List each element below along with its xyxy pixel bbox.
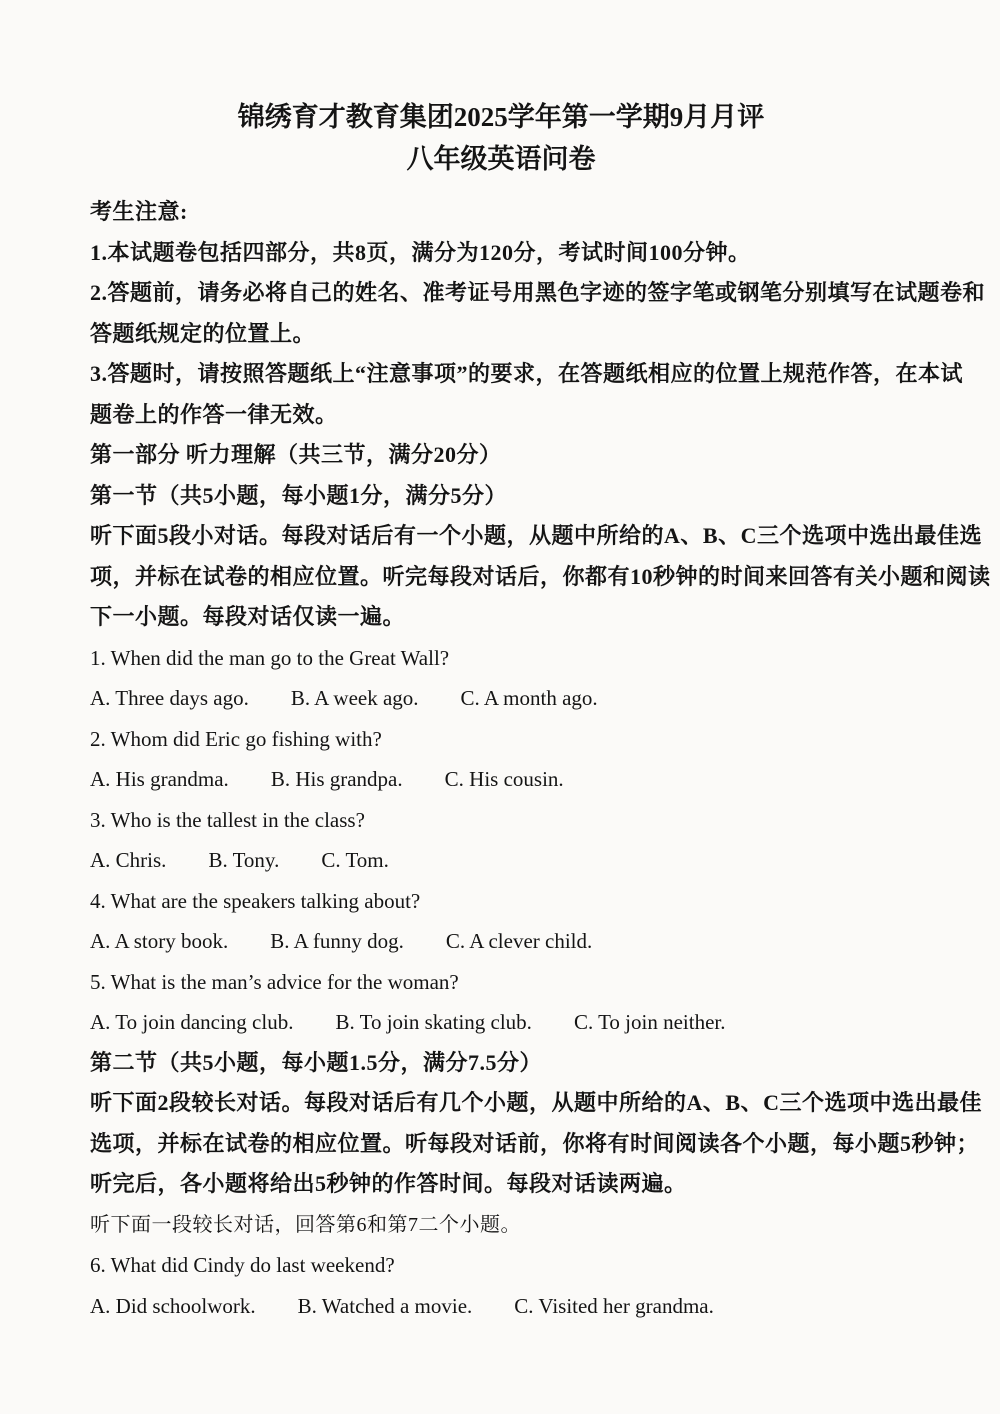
option: A. His grandma. bbox=[90, 759, 229, 800]
part1-header: 第一部分 听力理解（共三节，满分20分） bbox=[90, 435, 912, 476]
option: A. Did schoolwork. bbox=[90, 1286, 256, 1327]
question-4: 4. What are the speakers talking about? bbox=[90, 881, 912, 922]
section1-instructions-line-1: 听下面5段小对话。每段对话后有一个小题，从题中所给的A、B、C三个选项中选出最佳… bbox=[90, 516, 912, 557]
options-3: A. Chris.B. Tony.C. Tom. bbox=[90, 840, 912, 881]
options-1: A. Three days ago.B. A week ago.C. A mon… bbox=[90, 678, 912, 719]
page-title: 锦绣育才教育集团2025学年第一学期9月月评 bbox=[90, 96, 912, 138]
options-5: A. To join dancing club.B. To join skati… bbox=[90, 1002, 912, 1043]
notice-heading: 考生注意: bbox=[90, 192, 912, 233]
page-subtitle: 八年级英语问卷 bbox=[90, 138, 912, 180]
option: B. Tony. bbox=[208, 840, 279, 881]
option: A. A story book. bbox=[90, 921, 228, 962]
exam-body: 考生注意:1.本试题卷包括四部分，共8页，满分为120分，考试时间100分钟。2… bbox=[90, 192, 912, 1326]
notice-item-2-line-2: 答题纸规定的位置上。 bbox=[90, 314, 912, 355]
option: C. His cousin. bbox=[445, 759, 564, 800]
option: B. A week ago. bbox=[291, 678, 419, 719]
notice-item-3-line-2: 题卷上的作答一律无效。 bbox=[90, 395, 912, 436]
section2-instructions-line-2: 选项，并标在试卷的相应位置。听每段对话前，你将有时间阅读各个小题，每小题5秒钟； bbox=[90, 1124, 912, 1165]
question-5: 5. What is the man’s advice for the woma… bbox=[90, 962, 912, 1003]
option: C. Visited her grandma. bbox=[514, 1286, 714, 1327]
options-4: A. A story book.B. A funny dog.C. A clev… bbox=[90, 921, 912, 962]
option: C. A month ago. bbox=[461, 678, 598, 719]
section2-header: 第二节（共5小题，每小题1.5分，满分7.5分） bbox=[90, 1043, 912, 1084]
exam-paper-page: 锦绣育才教育集团2025学年第一学期9月月评 八年级英语问卷 考生注意:1.本试… bbox=[0, 0, 1000, 1414]
notice-item-1: 1.本试题卷包括四部分，共8页，满分为120分，考试时间100分钟。 bbox=[90, 233, 912, 274]
option: B. A funny dog. bbox=[270, 921, 404, 962]
option: C. To join neither. bbox=[574, 1002, 726, 1043]
options-6: A. Did schoolwork.B. Watched a movie.C. … bbox=[90, 1286, 912, 1327]
option: B. To join skating club. bbox=[335, 1002, 531, 1043]
options-2: A. His grandma.B. His grandpa.C. His cou… bbox=[90, 759, 912, 800]
section2-instructions-line-3: 听完后，各小题将给出5秒钟的作答时间。每段对话读两遍。 bbox=[90, 1164, 912, 1205]
option: C. A clever child. bbox=[446, 921, 592, 962]
option: A. To join dancing club. bbox=[90, 1002, 293, 1043]
question-1: 1. When did the man go to the Great Wall… bbox=[90, 638, 912, 679]
question-2: 2. Whom did Eric go fishing with? bbox=[90, 719, 912, 760]
section2-instructions-line-1: 听下面2段较长对话。每段对话后有几个小题，从题中所给的A、B、C三个选项中选出最… bbox=[90, 1083, 912, 1124]
option: C. Tom. bbox=[321, 840, 389, 881]
notice-item-2-line-1: 2.答题前，请务必将自己的姓名、准考证号用黑色字迹的签字笔或钢笔分别填写在试题卷… bbox=[90, 273, 912, 314]
section1-header: 第一节（共5小题，每小题1分，满分5分） bbox=[90, 476, 912, 517]
question-6: 6. What did Cindy do last weekend? bbox=[90, 1245, 912, 1286]
dialogue-1-hint: 听下面一段较长对话，回答第6和第7二个小题。 bbox=[90, 1205, 912, 1246]
section1-instructions-line-2: 项，并标在试卷的相应位置。听完每段对话后，你都有10秒钟的时间来回答有关小题和阅… bbox=[90, 557, 912, 598]
section1-instructions-line-3: 下一小题。每段对话仅读一遍。 bbox=[90, 597, 912, 638]
notice-item-3-line-1: 3.答题时，请按照答题纸上“注意事项”的要求，在答题纸相应的位置上规范作答，在本… bbox=[90, 354, 912, 395]
question-3: 3. Who is the tallest in the class? bbox=[90, 800, 912, 841]
option: B. Watched a movie. bbox=[298, 1286, 473, 1327]
option: B. His grandpa. bbox=[271, 759, 403, 800]
option: A. Chris. bbox=[90, 840, 166, 881]
option: A. Three days ago. bbox=[90, 678, 249, 719]
